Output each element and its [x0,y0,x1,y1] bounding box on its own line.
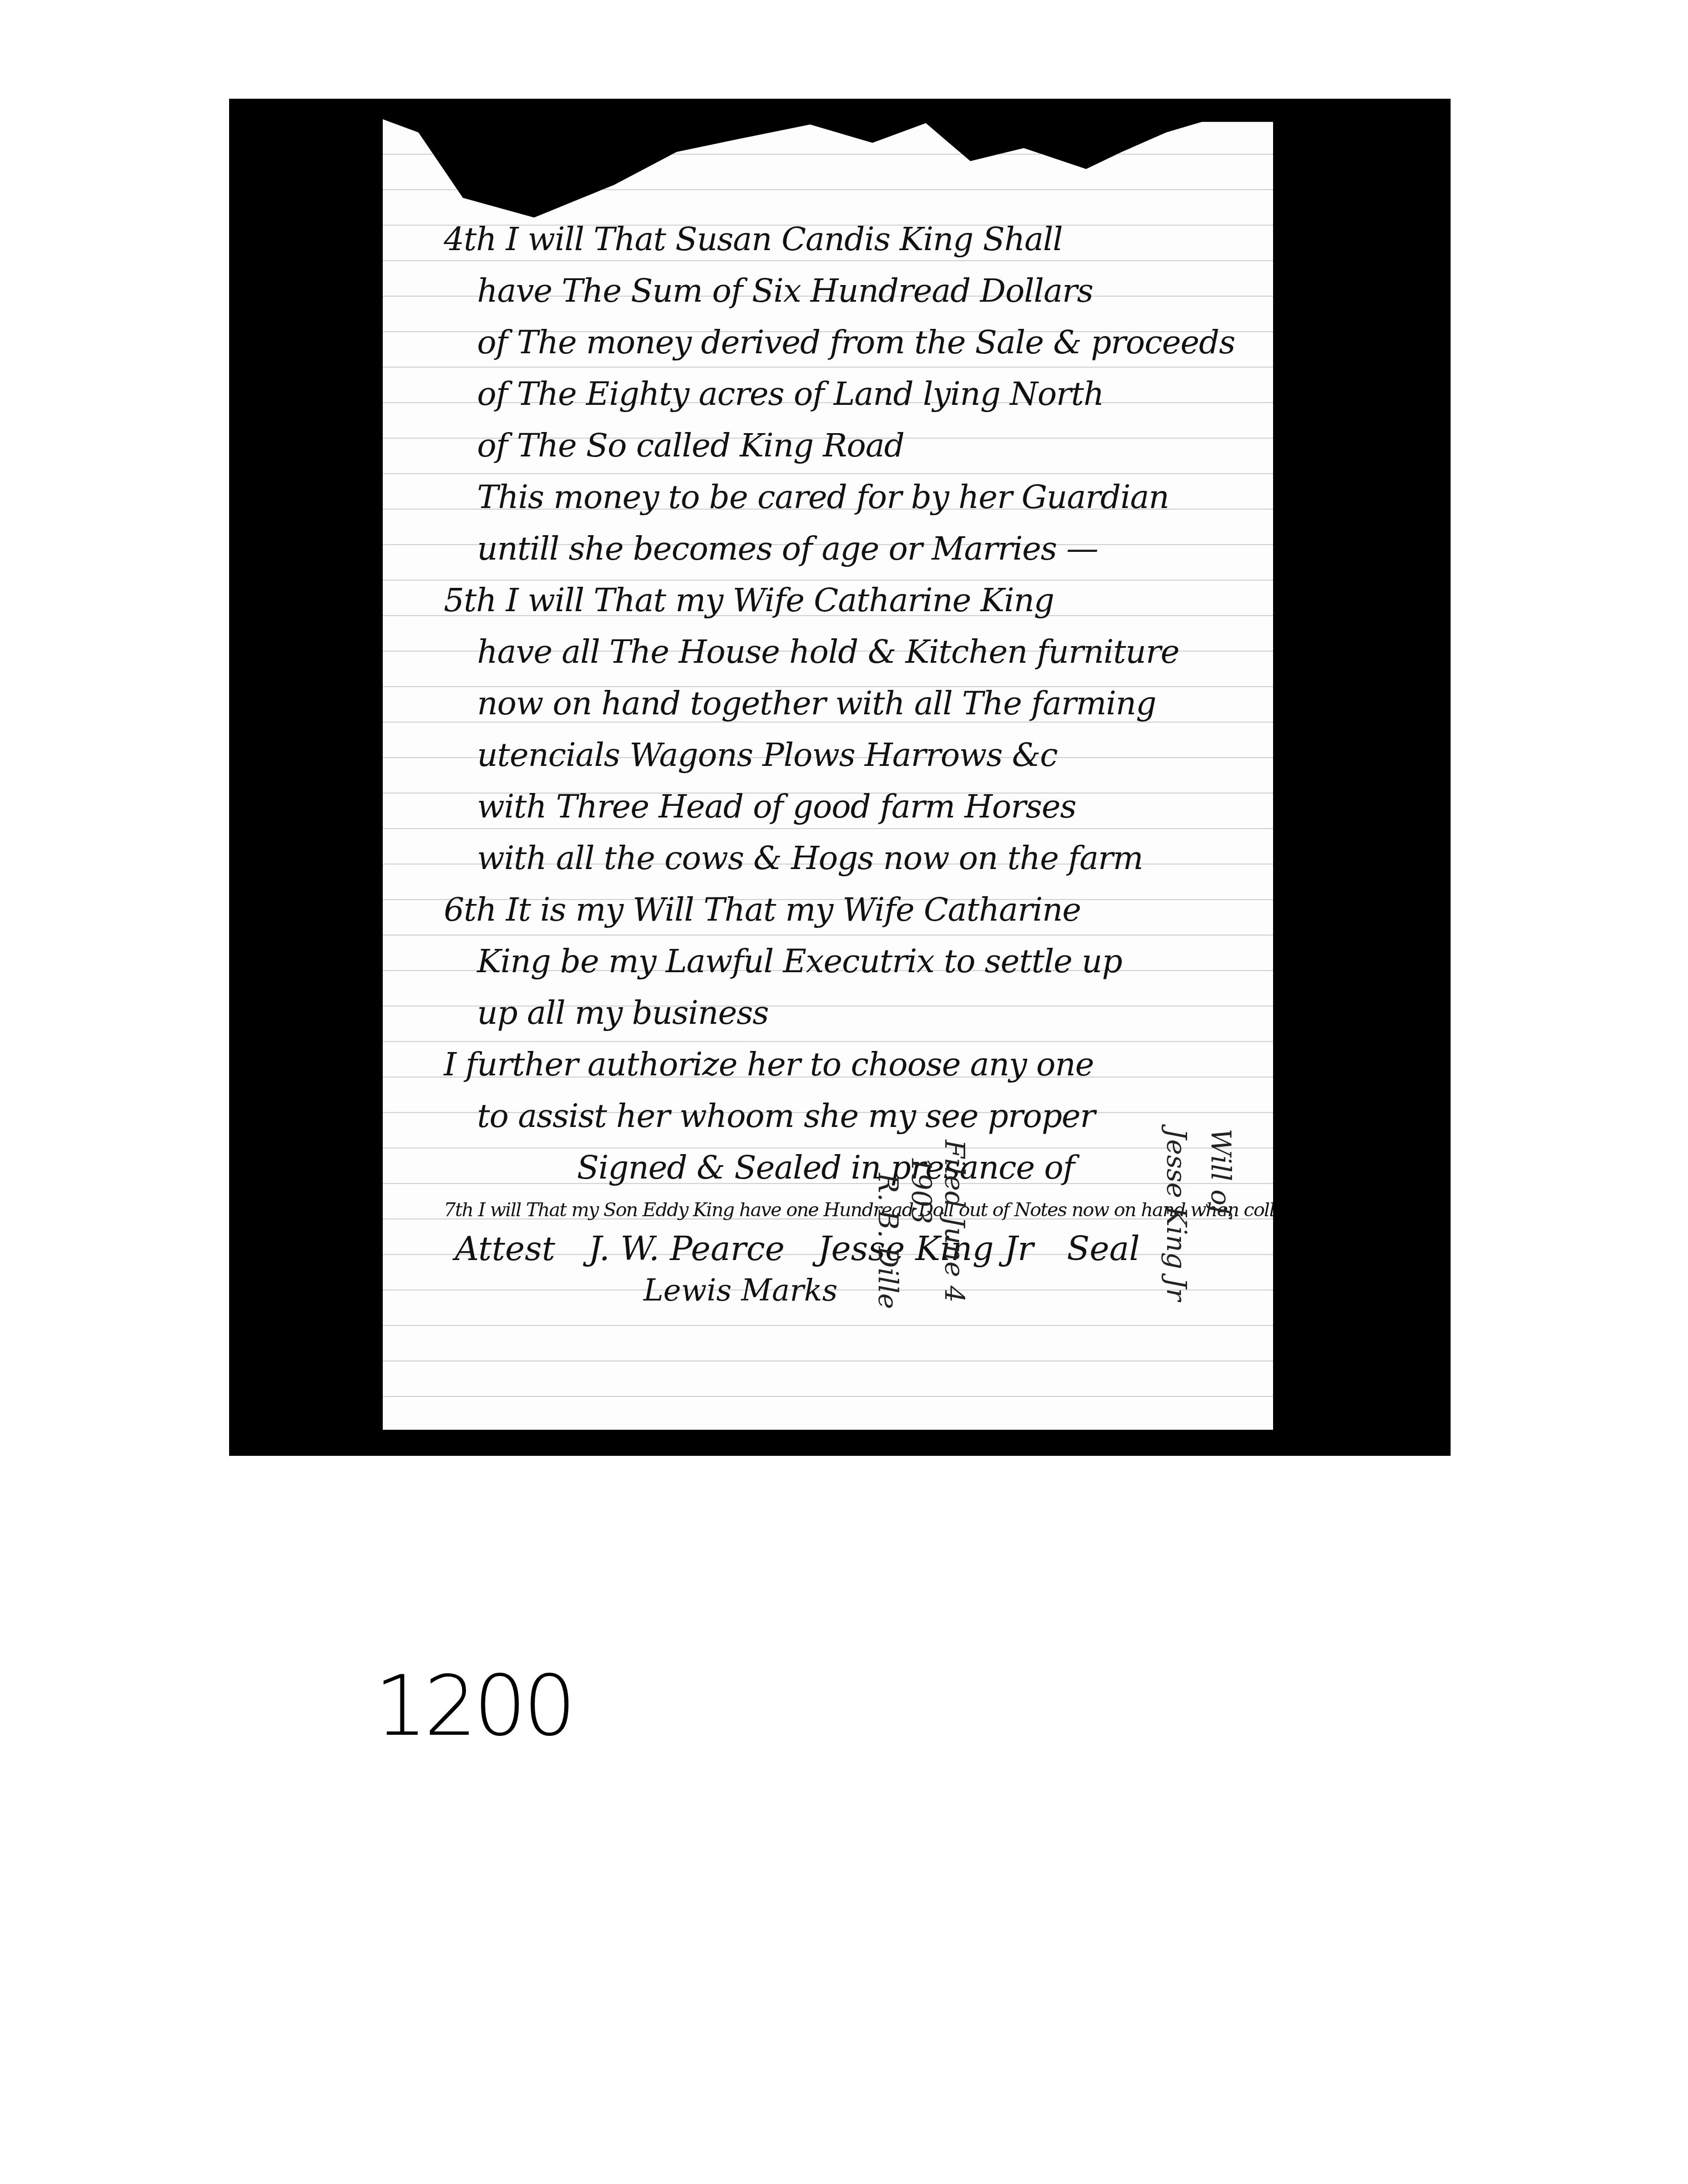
will-page: 4th I will That Susan Candis King Shall … [383,119,1273,1430]
docket-filed-year: 1903 [904,1156,937,1224]
folder-tab-label: 1200 [374,1658,573,1755]
will-line: 6th It is my Will That my Wife Catharine [444,884,1251,936]
docket-name: Jesse King Jr [1159,1129,1193,1301]
will-line: 5th I will That my Wife Catharine King [444,575,1251,626]
will-line: of The Eighty acres of Land lying North [444,368,1251,420]
will-line: have all The House hold & Kitchen furnit… [444,626,1251,678]
seal-label: Seal [1067,1227,1140,1271]
will-line: 4th I will That Susan Candis King Shall [444,214,1251,265]
will-line: of The So called King Road [444,420,1251,471]
will-line: of The money derived from the Sale & pro… [444,317,1251,368]
will-line: untill she becomes of age or Marries — [444,523,1251,575]
will-line: Signed & Sealed in presance of [444,1142,1251,1193]
will-line: with Three Head of good farm Horses [444,781,1251,832]
docket-clerk: R. B. Dille [871,1173,904,1309]
will-line: King be my Lawful Executrix to settle up [444,936,1251,987]
will-line: to assist her whoom she my see proper [444,1090,1251,1142]
will-line: up all my business [444,987,1251,1039]
witness-signature: J. W. Pearce [589,1227,785,1271]
will-text: 4th I will That Susan Candis King Shall … [444,214,1251,1310]
insertion-line: 7th I will That my Son Eddy King have on… [444,1193,1251,1227]
testator-signature: Jesse King Jr [818,1227,1034,1271]
attest-label: Attest [455,1227,555,1271]
will-line: have The Sum of Six Hundread Dollars [444,265,1251,317]
will-line: I further authorize her to choose any on… [444,1039,1251,1090]
will-line: with all the cows & Hogs now on the farm [444,832,1251,884]
attestation: Attest J. W. Pearce Jesse King Jr Seal [444,1227,1251,1271]
will-line: now on hand together with all The farmin… [444,678,1251,729]
witness-signature: Lewis Marks [444,1271,1251,1310]
docket-title: Will of [1204,1129,1237,1215]
docket-filed-date: Filed June 4 [937,1140,971,1303]
will-line: This money to be cared for by her Guardi… [444,471,1251,523]
will-line: utencials Wagons Plows Harrows &c [444,729,1251,781]
